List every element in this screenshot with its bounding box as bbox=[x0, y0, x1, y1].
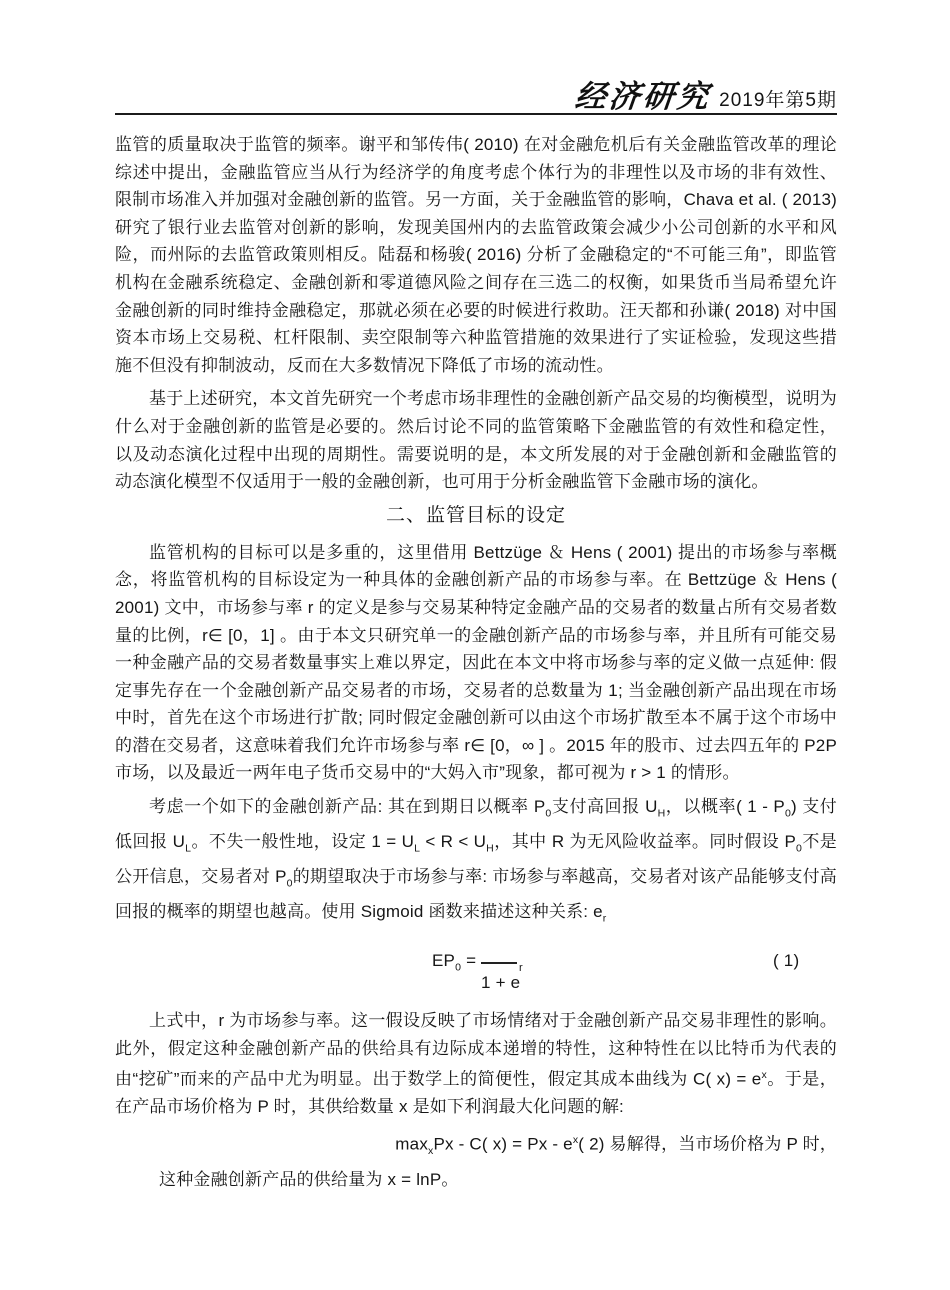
equation-1-fraction: r 1 + e bbox=[481, 939, 551, 1001]
journal-header: 经济研究 2019年第5期 bbox=[115, 74, 837, 114]
journal-page: 经济研究 2019年第5期 监管的质量取决于监管的频率。谢平和邹传伟( 2010… bbox=[0, 0, 950, 1290]
equation-2-continuation: 这种金融创新产品的供给量为 x = lnP。 bbox=[115, 1166, 837, 1194]
article-body: 监管的质量取决于监管的频率。谢平和邹传伟( 2010) 在对金融危机后有关金融监… bbox=[115, 131, 837, 1193]
issue-label: 2019年第5期 bbox=[719, 89, 837, 114]
paragraph-participation-rate-definition: 监管机构的目标可以是多重的，这里借用 Bettzüge ＆ Hens ( 200… bbox=[115, 539, 837, 787]
equation-1: EP0 = r 1 + e ( 1) bbox=[115, 939, 837, 1001]
paragraph-market-sentiment-supply: 上式中，r 为市场参与率。这一假设反映了市场情绪对于金融创新产品交易非理性的影响… bbox=[115, 1007, 837, 1121]
section-heading-regulatory-target: 二、监管目标的设定 bbox=[115, 502, 837, 530]
equation-1-lhs: EP0 = bbox=[432, 947, 476, 982]
equation-1-number: ( 1) bbox=[773, 947, 799, 975]
paragraph-innovation-product-setup: 考虑一个如下的金融创新产品: 其在到期日以概率 P0支付高回报 UH，以概率( … bbox=[115, 793, 837, 933]
journal-logo-calligraphy: 经济研究 bbox=[573, 80, 713, 114]
equation-2-line: maxxPx - C( x) = Px - ex( 2) 易解得，当市场价格为 … bbox=[115, 1127, 837, 1166]
fraction-bar bbox=[481, 962, 517, 964]
fraction-denominator: 1 + e bbox=[481, 969, 520, 997]
paragraph-regulation-quality: 监管的质量取决于监管的频率。谢平和邹传伟( 2010) 在对金融危机后有关金融监… bbox=[115, 131, 837, 379]
header-divider-rule bbox=[115, 113, 837, 115]
paragraph-research-overview: 基于上述研究，本文首先研究一个考虑市场非理性的金融创新产品交易的均衡模型，说明为… bbox=[115, 385, 837, 495]
